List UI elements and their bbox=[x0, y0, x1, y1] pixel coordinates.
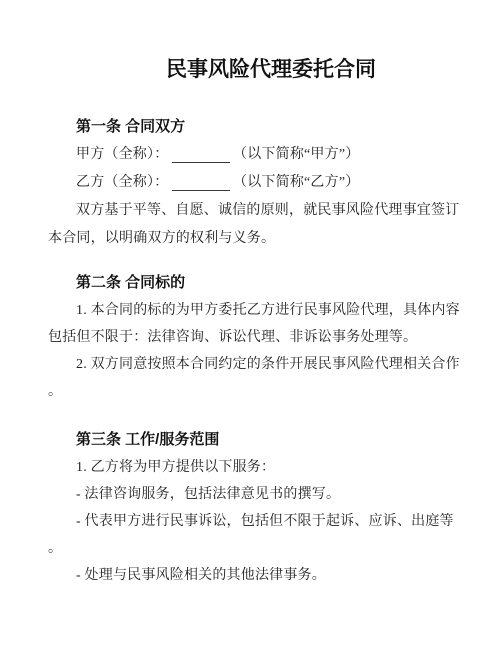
section-3-bullet-1: - 法律咨询服务，包括法律意见书的撰写。 bbox=[48, 481, 480, 508]
section-3-item-1: 1. 乙方将为甲方提供以下服务： bbox=[48, 454, 480, 481]
section-2-item-1-line-2: 包括但不限于：法律咨询、诉讼代理、非诉讼事务处理等。 bbox=[48, 324, 480, 351]
party-a-alias: （以下简称“甲方”） bbox=[233, 147, 359, 162]
section-3-heading: 第三条 工作/服务范围 bbox=[48, 426, 480, 454]
section-1-intro-line-2: 本合同，以明确双方的权利与义务。 bbox=[48, 225, 480, 253]
party-a-label: 甲方（全称）： bbox=[76, 147, 168, 162]
section-2-item-1-line-1: 1. 本合同的标的为甲方委托乙方进行民事风险代理，具体内容 bbox=[48, 297, 480, 324]
party-a-line: 甲方（全称）：________（以下简称“甲方”） bbox=[48, 141, 480, 169]
section-2-item-2-line-1: 2. 双方同意按照本合同约定的条件开展民事风险代理相关合作 bbox=[48, 351, 480, 378]
section-work-service-scope: 第三条 工作/服务范围 1. 乙方将为甲方提供以下服务： - 法律咨询服务，包括… bbox=[48, 426, 480, 589]
section-contract-subject: 第二条 合同标的 1. 本合同的标的为甲方委托乙方进行民事风险代理，具体内容 包… bbox=[48, 269, 480, 405]
party-a-blank-field: ________ bbox=[172, 148, 230, 163]
party-b-blank-field: ________ bbox=[172, 176, 230, 191]
section-contract-parties: 第一条 合同双方 甲方（全称）：________（以下简称“甲方”） 乙方（全称… bbox=[48, 113, 480, 253]
section-1-heading: 第一条 合同双方 bbox=[48, 113, 480, 141]
section-2-heading: 第二条 合同标的 bbox=[48, 269, 480, 297]
section-3-bullet-3: - 处理与民事风险相关的其他法律事务。 bbox=[48, 562, 480, 589]
section-3-bullet-2-line-1: - 代表甲方进行民事诉讼，包括但不限于起诉、应诉、出庭等 bbox=[48, 508, 480, 535]
party-b-line: 乙方（全称）：________（以下简称“乙方”） bbox=[48, 169, 480, 197]
document-title: 民事风险代理委托合同 bbox=[48, 55, 480, 85]
section-1-intro-line-1: 双方基于平等、自愿、诚信的原则，就民事风险代理事宜签订 bbox=[48, 197, 480, 225]
party-b-label: 乙方（全称）： bbox=[76, 175, 168, 190]
section-3-bullet-2-line-2: 。 bbox=[48, 535, 480, 562]
document-page: 民事风险代理委托合同 第一条 合同双方 甲方（全称）：________（以下简称… bbox=[0, 0, 500, 647]
section-2-item-2-line-2: 。 bbox=[48, 378, 480, 405]
party-b-alias: （以下简称“乙方”） bbox=[233, 175, 359, 190]
